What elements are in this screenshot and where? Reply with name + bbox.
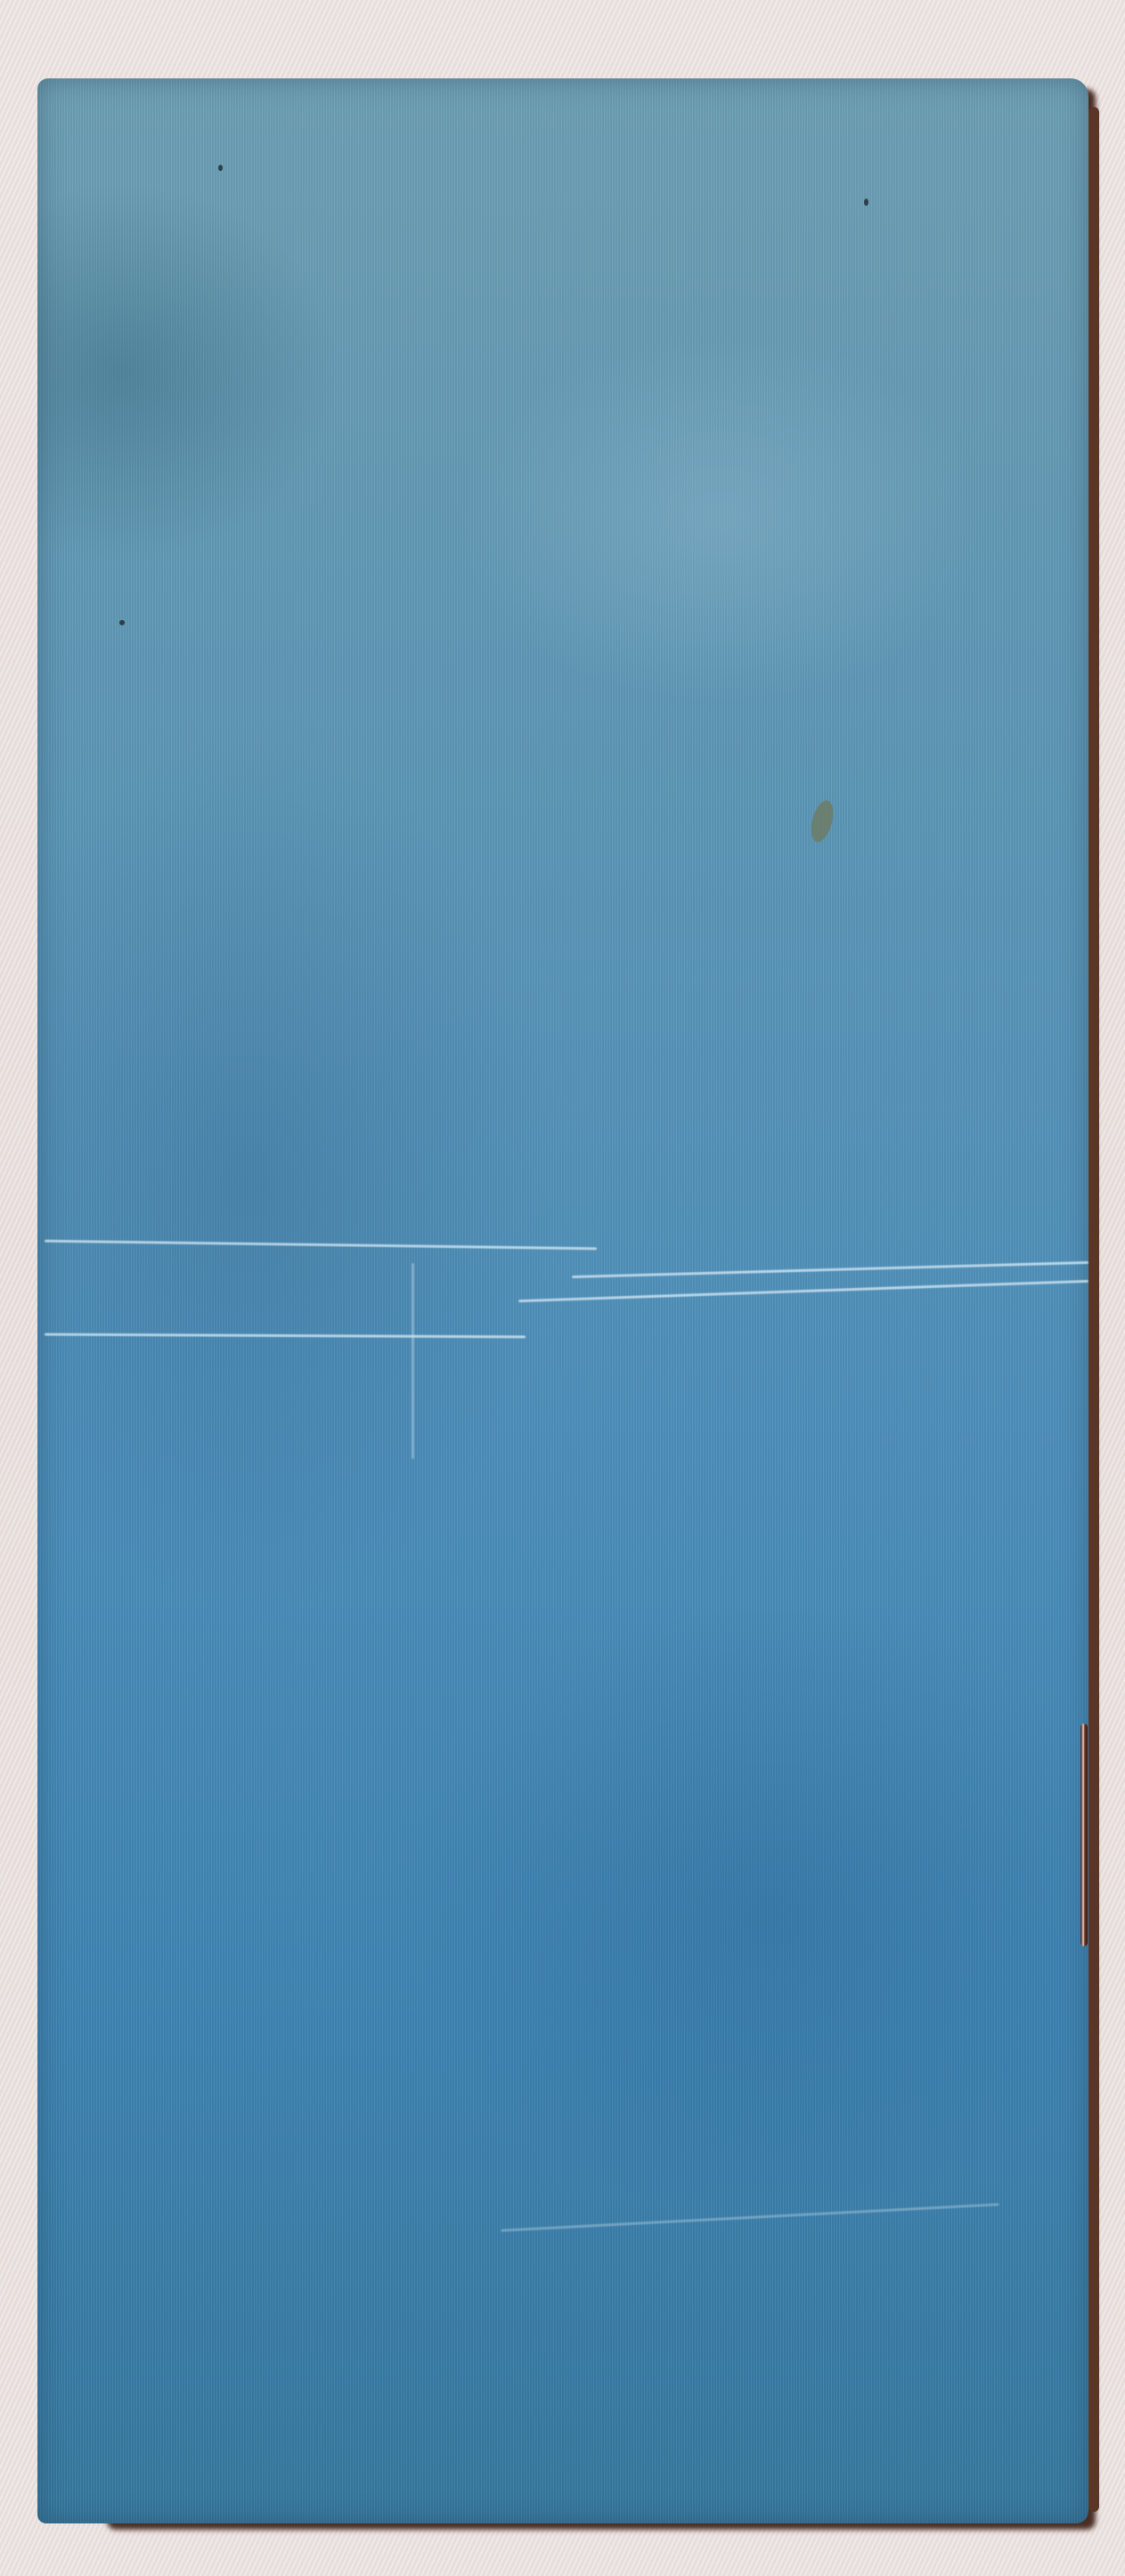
paper-crease (412, 1263, 414, 1459)
speck-mark (864, 199, 868, 206)
stain-mark (807, 798, 837, 844)
booklet-spine-edge (1088, 107, 1099, 2512)
paper-crease (572, 1261, 1088, 1278)
paper-crease (45, 1240, 597, 1251)
paper-crease (45, 1333, 526, 1339)
paper-crease (501, 2203, 999, 2231)
binding-staple (1080, 1724, 1088, 1946)
speck-mark (218, 165, 223, 171)
paper-crease (518, 1280, 1088, 1302)
booklet-back-cover (37, 78, 1088, 2523)
speck-mark (119, 620, 125, 625)
